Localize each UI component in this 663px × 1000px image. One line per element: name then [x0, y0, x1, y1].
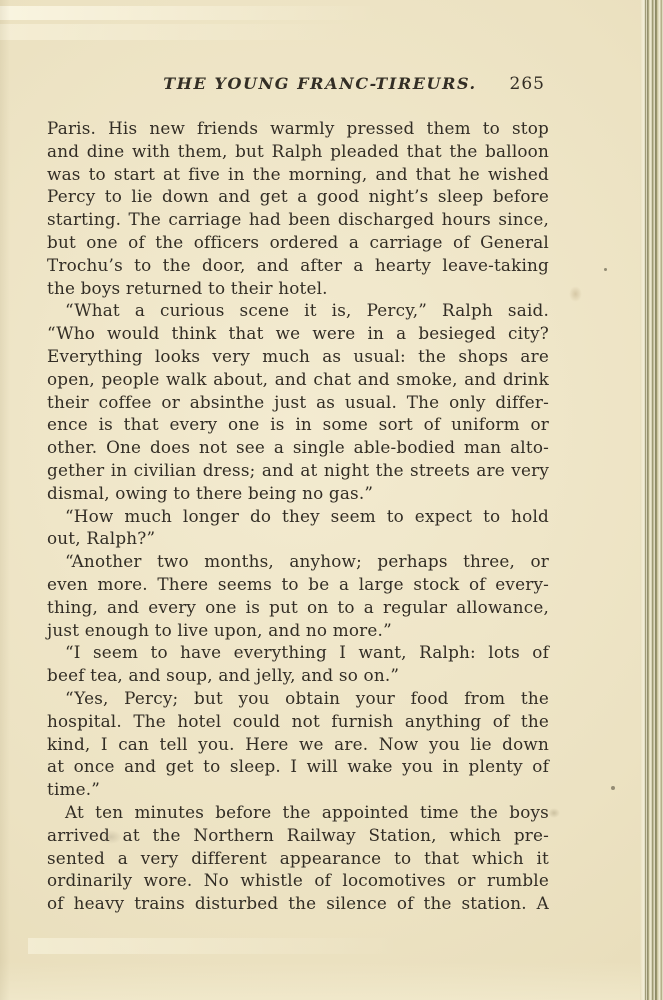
scan-streak	[28, 938, 399, 954]
paper-speck	[611, 786, 615, 790]
text-line: of heavy trains disturbed the silence of…	[47, 892, 549, 915]
text-line: gether in civilian dress; and at night t…	[47, 459, 549, 482]
text-line: even more. There seems to be a large sto…	[47, 573, 549, 596]
text-line: “Another two months, anyhow; perhaps thr…	[47, 550, 549, 573]
page-body: Paris. His new friends warmly pressed th…	[47, 117, 549, 915]
text-line: kind, I can tell you. Here we are. Now y…	[47, 733, 549, 756]
book-page-edges	[640, 0, 663, 1000]
paragraph: “Another two months, anyhow; perhaps thr…	[47, 550, 549, 641]
text-line: but one of the officers ordered a carria…	[47, 231, 549, 254]
text-line: out, Ralph?”	[47, 527, 549, 550]
text-line: thing, and every one is put on to a regu…	[47, 596, 549, 619]
scan-streak	[0, 6, 378, 20]
page-header: THE YOUNG FRANC-TIREURS. 265	[47, 74, 549, 98]
paragraph: “Yes, Percy; but you obtain your food fr…	[47, 687, 549, 801]
text-line: At ten minutes before the appointed time…	[47, 801, 549, 824]
paper-speck	[548, 808, 560, 818]
text-line: Percy to lie down and get a good night’s…	[47, 185, 549, 208]
text-line: and dine with them, but Ralph pleaded th…	[47, 140, 549, 163]
text-line: the boys returned to their hotel.	[47, 277, 549, 300]
book-page-scan: THE YOUNG FRANC-TIREURS. 265 Paris. His …	[0, 0, 663, 1000]
text-line: “What a curious scene it is, Percy,” Ral…	[47, 299, 549, 322]
text-line: ordinarily wore. No whistle of locomotiv…	[47, 869, 549, 892]
text-line: starting. The carriage had been discharg…	[47, 208, 549, 231]
paragraph: “How much longer do they seem to expect …	[47, 505, 549, 551]
text-line: at once and get to sleep. I will wake yo…	[47, 755, 549, 778]
running-title: THE YOUNG FRANC-TIREURS.	[163, 74, 476, 93]
scan-streak	[0, 24, 358, 40]
page-number: 265	[510, 74, 545, 94]
text-line: “How much longer do they seem to expect …	[47, 505, 549, 528]
page-left-seam	[0, 0, 10, 1000]
text-line: Trochu’s to the door, and after a hearty…	[47, 254, 549, 277]
text-line: just enough to live upon, and no more.”	[47, 619, 549, 642]
scan-streak	[0, 962, 663, 1000]
text-line: beef tea, and soup, and jelly, and so on…	[47, 664, 549, 687]
text-line: their coffee or absinthe just as usual. …	[47, 391, 549, 414]
text-line: other. One does not see a single able-bo…	[47, 436, 549, 459]
paper-speck	[604, 268, 607, 271]
paragraph: At ten minutes before the appointed time…	[47, 801, 549, 915]
paragraph: “What a curious scene it is, Percy,” Ral…	[47, 299, 549, 504]
text-line: arrived at the Northern Railway Station,…	[47, 824, 549, 847]
paper-speck	[569, 286, 582, 302]
text-line: “I seem to have everything I want, Ralph…	[47, 641, 549, 664]
text-line: sented a very different appearance to th…	[47, 847, 549, 870]
paragraph: “I seem to have everything I want, Ralph…	[47, 641, 549, 687]
text-line: “Who would think that we were in a besie…	[47, 322, 549, 345]
text-line: Paris. His new friends warmly pressed th…	[47, 117, 549, 140]
text-line: was to start at five in the morning, and…	[47, 163, 549, 186]
paragraph: Paris. His new friends warmly pressed th…	[47, 117, 549, 299]
text-line: Everything looks very much as usual: the…	[47, 345, 549, 368]
text-line: hospital. The hotel could not furnish an…	[47, 710, 549, 733]
text-line: “Yes, Percy; but you obtain your food fr…	[47, 687, 549, 710]
text-line: dismal, owing to there being no gas.”	[47, 482, 549, 505]
text-line: open, people walk about, and chat and sm…	[47, 368, 549, 391]
text-line: ence is that every one is in some sort o…	[47, 413, 549, 436]
text-line: time.”	[47, 778, 549, 801]
